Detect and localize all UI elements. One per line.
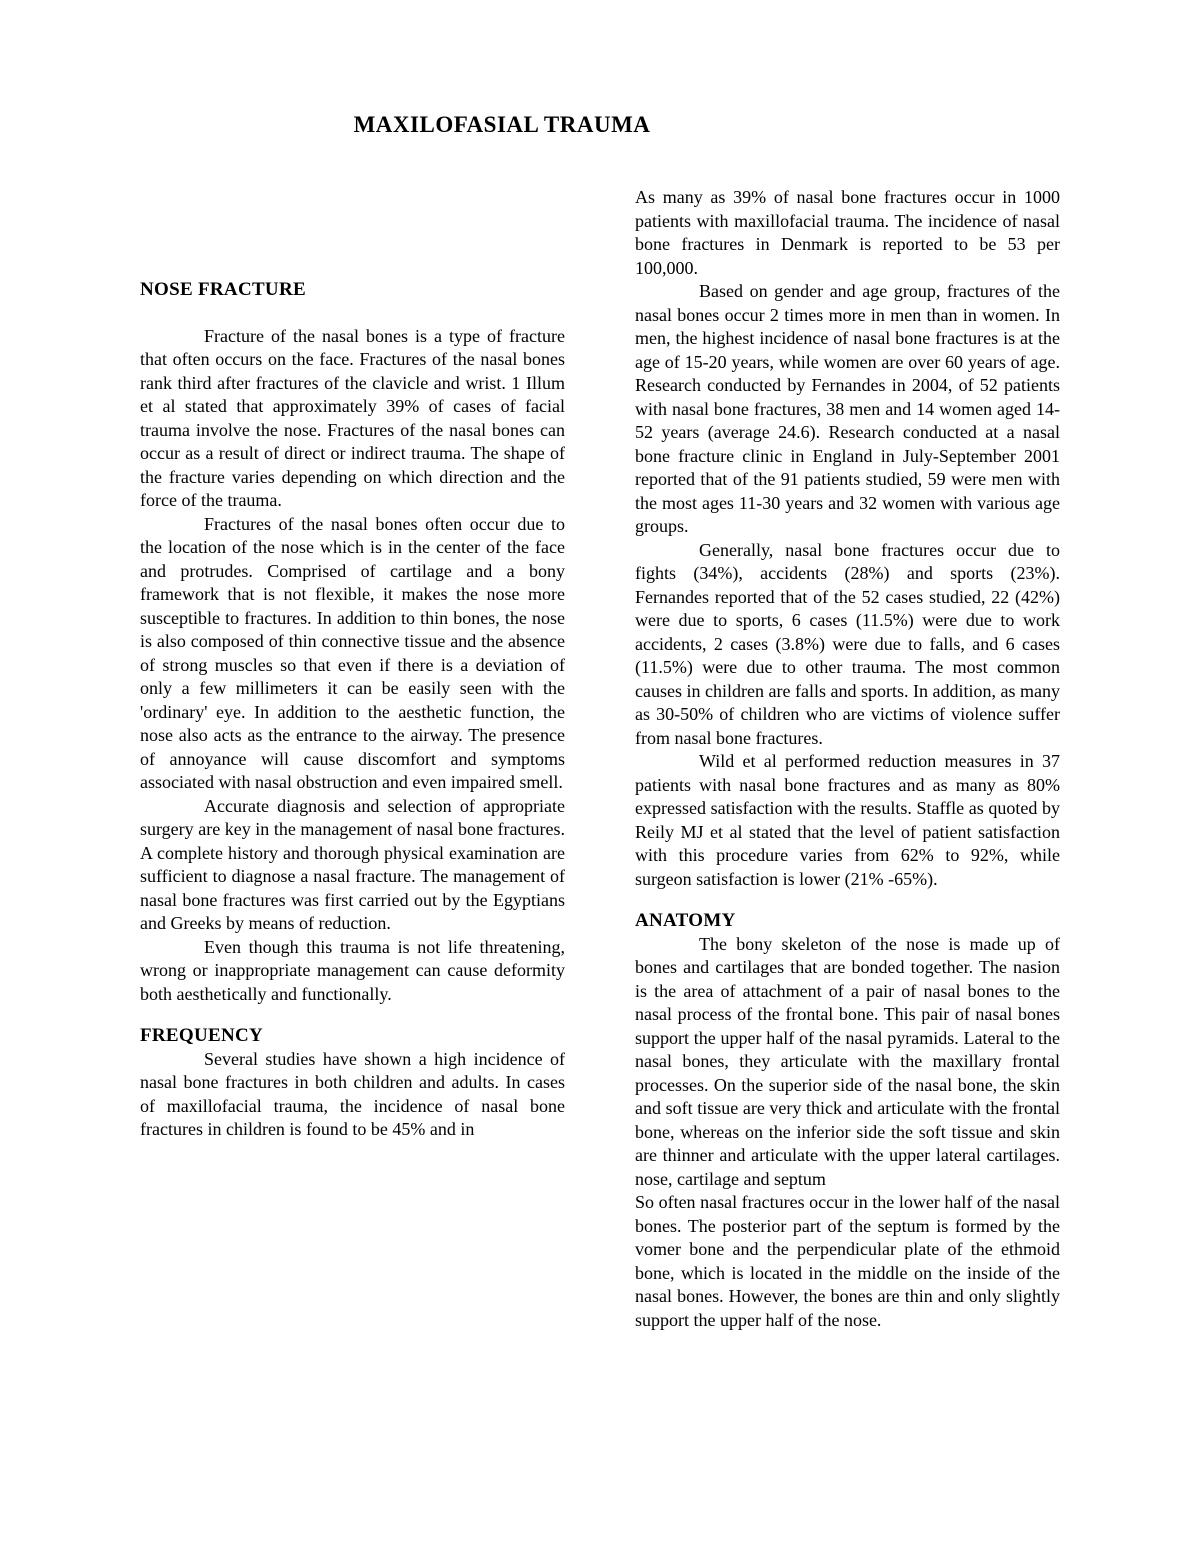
paragraph-gender-age: Based on gender and age group, fractures… [635, 280, 1060, 539]
paragraph-nose-fracture-1: Fracture of the nasal bones is a type of… [140, 325, 565, 513]
paragraph-frequency-1: Several studies have shown a high incide… [140, 1048, 565, 1142]
paragraph-causes: Generally, nasal bone fractures occur du… [635, 539, 1060, 751]
heading-anatomy: ANATOMY [635, 909, 1060, 933]
two-column-layout: NOSE FRACTURE Fracture of the nasal bone… [140, 186, 1060, 1332]
paragraph-satisfaction: Wild et al performed reduction measures … [635, 750, 1060, 891]
left-column: NOSE FRACTURE Fracture of the nasal bone… [140, 186, 565, 1332]
paragraph-nose-fracture-4: Even though this trauma is not life thre… [140, 936, 565, 1007]
paragraph-nose-fracture-2: Fractures of the nasal bones often occur… [140, 513, 565, 795]
paragraph-anatomy-2: So often nasal fractures occur in the lo… [635, 1191, 1060, 1332]
paragraph-nose-fracture-3: Accurate diagnosis and selection of appr… [140, 795, 565, 936]
heading-frequency: FREQUENCY [140, 1024, 565, 1048]
document-title: MAXILOFASIAL TRAUMA [140, 110, 864, 140]
paragraph-anatomy-1: The bony skeleton of the nose is made up… [635, 933, 1060, 1192]
right-column: As many as 39% of nasal bone fractures o… [635, 186, 1060, 1332]
heading-nose-fracture: NOSE FRACTURE [140, 278, 565, 302]
paragraph-frequency-continuation: As many as 39% of nasal bone fractures o… [635, 186, 1060, 280]
document-page: MAXILOFASIAL TRAUMA NOSE FRACTURE Fractu… [0, 0, 1200, 1553]
